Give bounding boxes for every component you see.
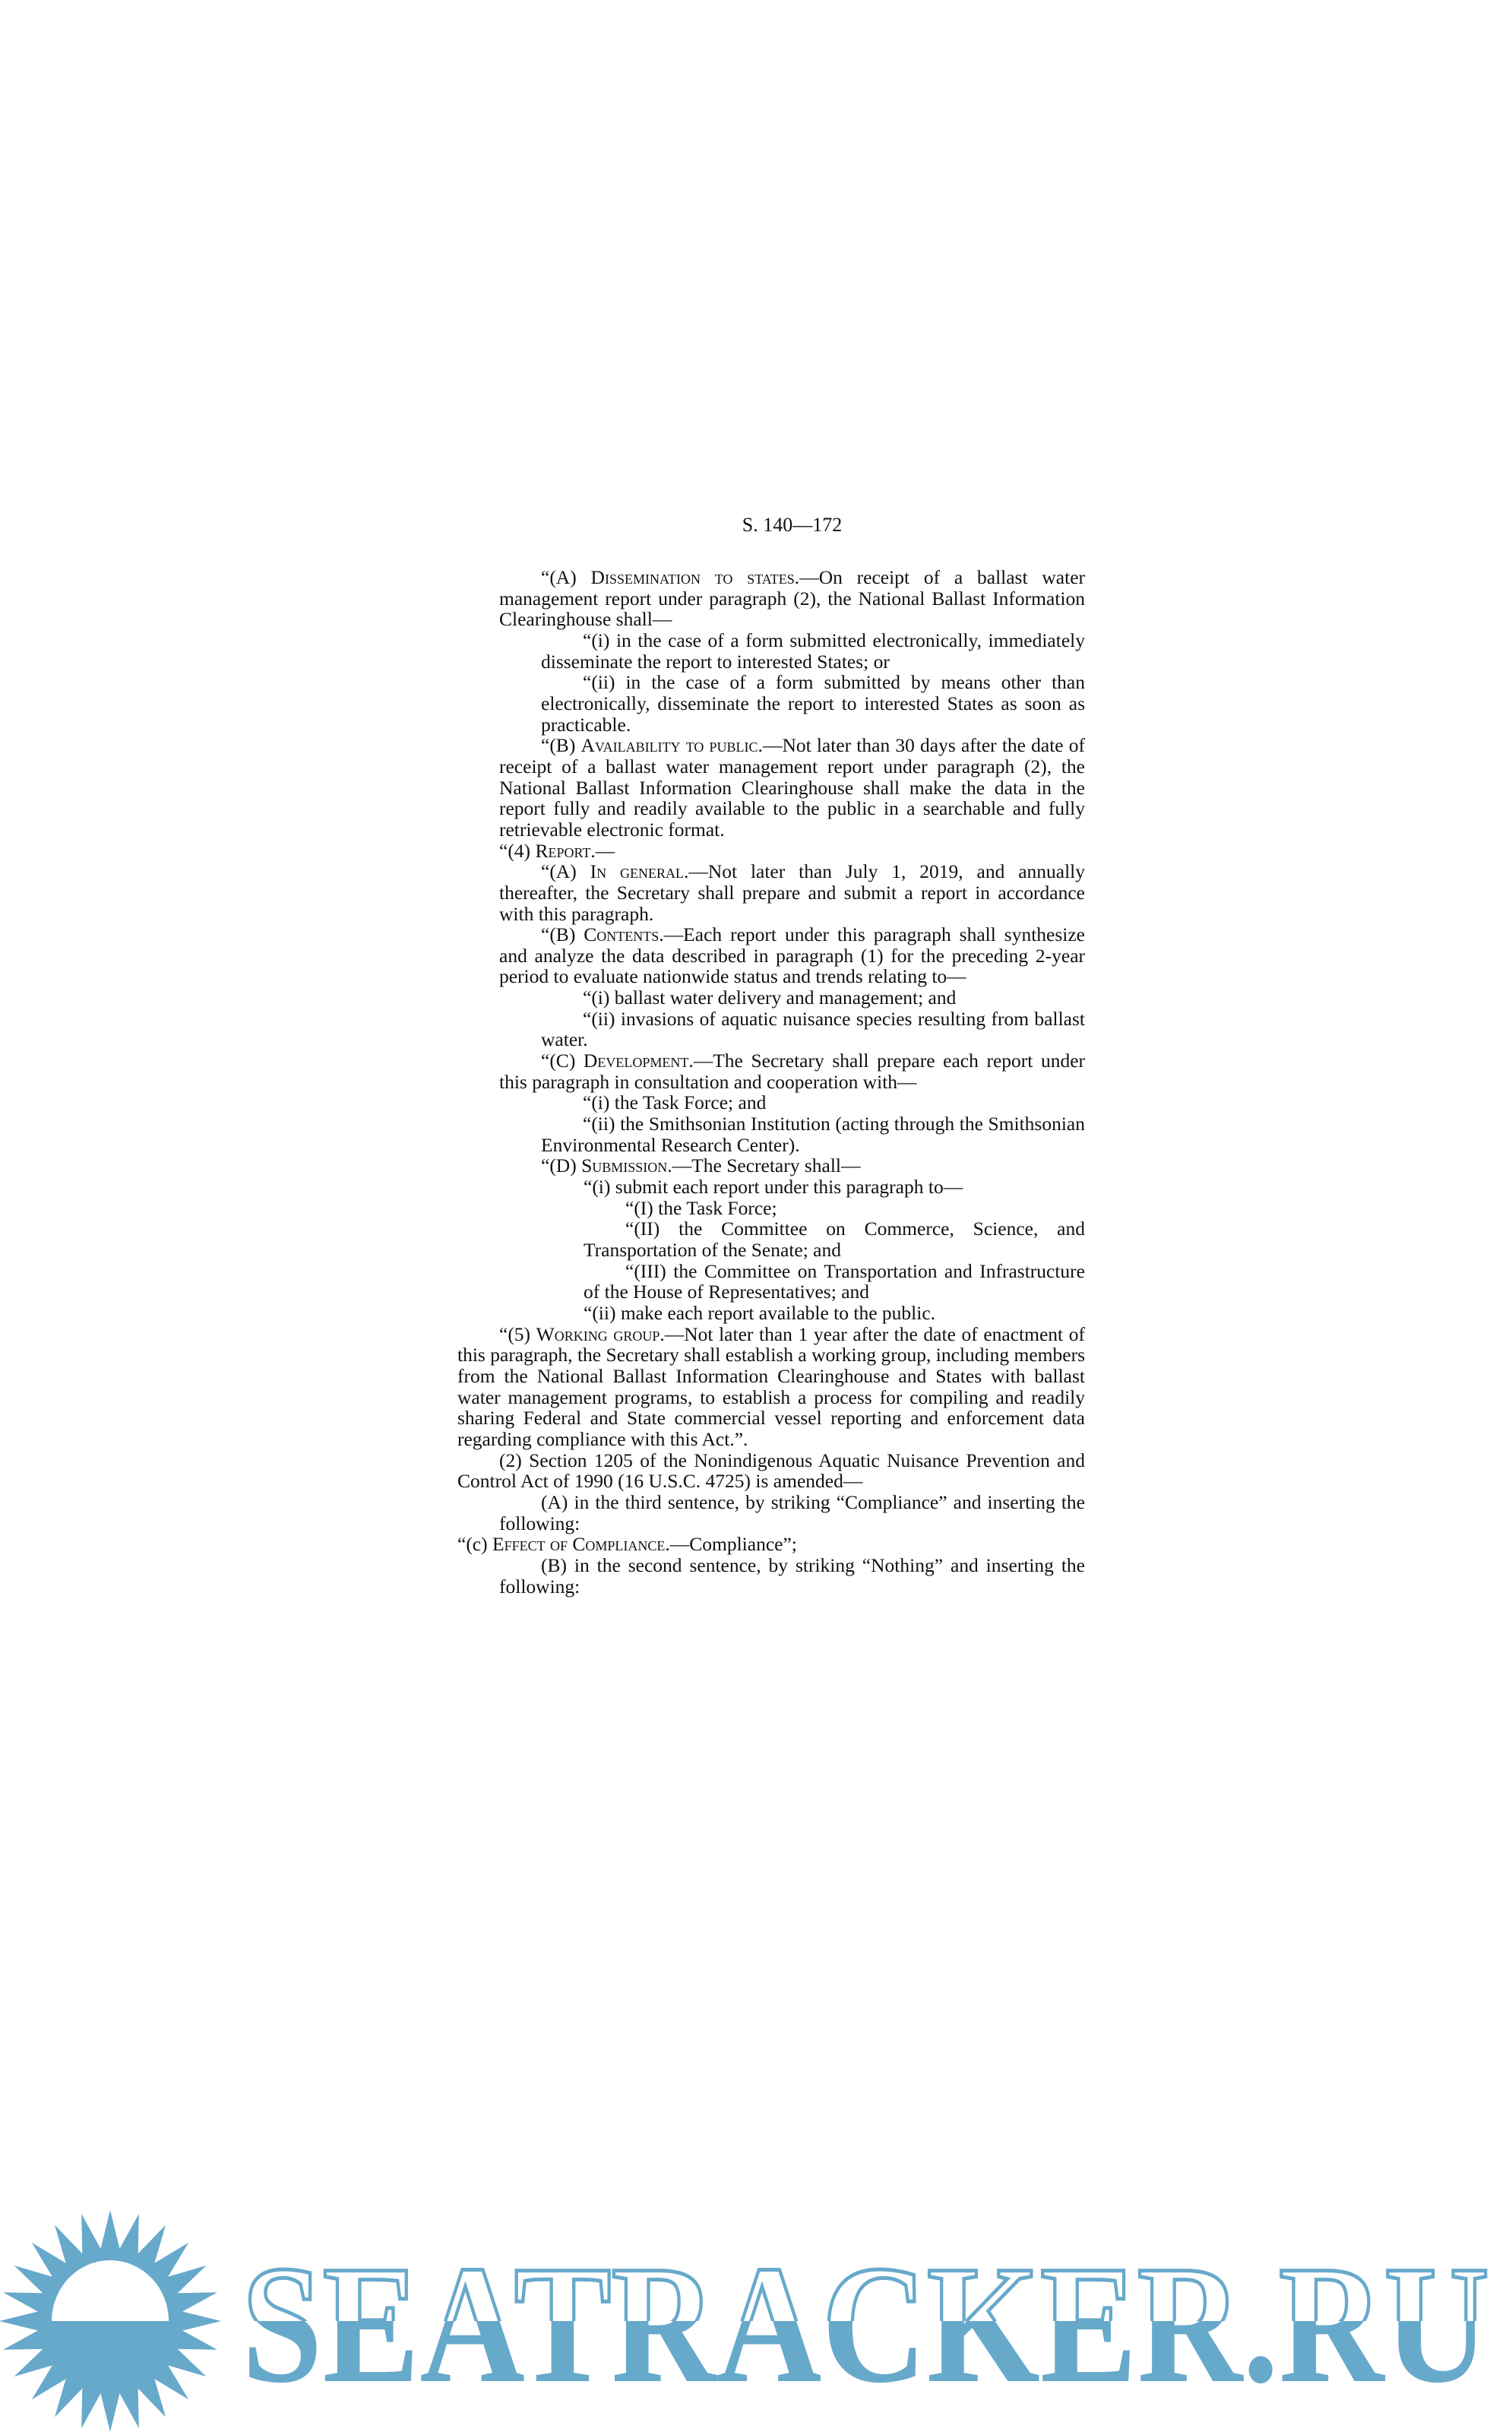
paragraph-heading: In general. — [590, 860, 689, 882]
clause-i-electronic: “(i) in the case of a form submitted ele… — [457, 630, 1085, 672]
paragraph-heading: Working group. — [536, 1323, 665, 1345]
paragraph-label: “(c) — [457, 1533, 492, 1555]
amendment-B: (B) in the second sentence, by striking … — [457, 1555, 1085, 1597]
page-header: S. 140—172 — [499, 514, 1085, 537]
paragraph-text: — — [596, 840, 615, 862]
paragraph-heading: Availability to public. — [580, 734, 762, 756]
paragraph-label: “(A) — [541, 860, 590, 882]
paragraph-dissemination-to-states: “(A) Dissemination to states.—On receipt… — [457, 567, 1085, 630]
subclause-I-task-force: “(I) the Task Force; — [457, 1198, 1085, 1219]
document-page: S. 140—172 “(A) Dissemination to states.… — [457, 514, 1085, 1597]
paragraph-label: “(B) — [541, 734, 580, 756]
paragraph-working-group: “(5) Working group.—Not later than 1 yea… — [457, 1324, 1085, 1450]
paragraph-heading: Report. — [535, 840, 595, 862]
clause-i-ballast-delivery: “(i) ballast water delivery and manageme… — [457, 987, 1085, 1009]
paragraph-availability-to-public: “(B) Availability to public.—Not later t… — [457, 735, 1085, 840]
clause-i-task-force: “(i) the Task Force; and — [457, 1092, 1085, 1113]
paragraph-label: “(C) — [541, 1050, 584, 1072]
clause-i-submit: “(i) submit each report under this parag… — [457, 1176, 1085, 1198]
paragraph-submission: “(D) Submission.—The Secretary shall— — [457, 1155, 1085, 1176]
paragraph-heading: Contents. — [584, 923, 663, 945]
paragraph-section-1205: (2) Section 1205 of the Nonindigenous Aq… — [457, 1450, 1085, 1492]
clause-ii-smithsonian: “(ii) the Smithsonian Institution (actin… — [457, 1113, 1085, 1155]
paragraph-label: “(5) — [499, 1323, 536, 1345]
paragraph-heading: Development. — [584, 1050, 694, 1072]
paragraph-text: —The Secretary shall— — [672, 1154, 861, 1176]
paragraph-contents: “(B) Contents.—Each report under this pa… — [457, 924, 1085, 987]
paragraph-label: “(D) — [541, 1154, 581, 1176]
paragraph-label: “(A) — [541, 566, 591, 588]
sun-over-sea-icon — [0, 2210, 221, 2432]
subclause-III-house-committee: “(III) the Committee on Transportation a… — [457, 1261, 1085, 1303]
watermark-logo: SEATRACKER.RU SEATRACKER.RU — [0, 2204, 1512, 2432]
paragraph-label: “(4) — [499, 840, 535, 862]
paragraph-development: “(C) Development.—The Secretary shall pr… — [457, 1050, 1085, 1092]
paragraph-report: “(4) Report.— — [457, 841, 1085, 862]
clause-ii-public: “(ii) make each report available to the … — [457, 1303, 1085, 1324]
amendment-A: (A) in the third sentence, by striking “… — [457, 1492, 1085, 1534]
paragraph-label: “(B) — [541, 923, 584, 945]
paragraph-heading: Effect of Compliance. — [492, 1533, 670, 1555]
paragraph-heading: Dissemination to states. — [591, 566, 800, 588]
inserted-effect-of-compliance: “(c) Effect of Compliance.—Compliance”; — [457, 1534, 1085, 1555]
paragraph-text: —Compliance”; — [670, 1533, 797, 1555]
watermark-text: SEATRACKER.RU SEATRACKER.RU — [242, 2231, 1489, 2418]
clause-ii-invasions: “(ii) invasions of aquatic nuisance spec… — [457, 1009, 1085, 1050]
paragraph-heading: Submission. — [581, 1154, 672, 1176]
clause-ii-non-electronic: “(ii) in the case of a form submitted by… — [457, 672, 1085, 735]
paragraph-in-general: “(A) In general.—Not later than July 1, … — [457, 861, 1085, 924]
subclause-II-senate-committee: “(II) the Committee on Commerce, Science… — [457, 1218, 1085, 1260]
